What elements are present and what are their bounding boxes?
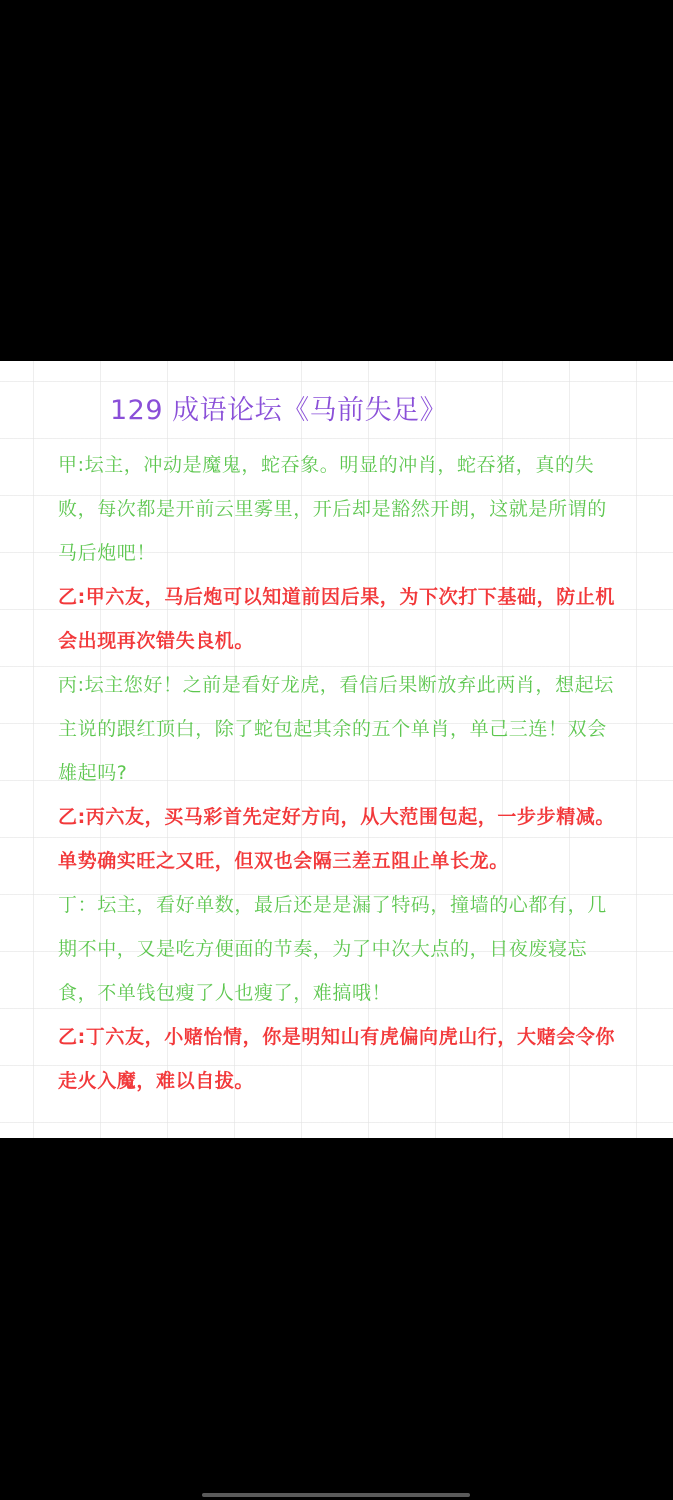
answer-paragraph-yi-1: 乙:甲六友，马后炮可以知道前因后果，为下次打下基础，防止机会出现再次错失良机。 [58, 575, 618, 663]
question-paragraph-bing: 丙:坛主您好！之前是看好龙虎，看信后果断放弃此两肖，想起坛主说的跟红顶白，除了蛇… [58, 663, 618, 795]
bottom-black-area [0, 1138, 673, 1500]
question-paragraph-ding: 丁：坛主，看好单数，最后还是是漏了特码，撞墙的心都有，几期不中，又是吃方便面的节… [58, 883, 618, 1015]
post-title: 129 成语论坛《马前失足》 [110, 393, 447, 429]
home-indicator-bar[interactable] [202, 1493, 470, 1497]
forum-post-image: 129 成语论坛《马前失足》 甲:坛主，冲动是魔鬼，蛇吞象。明显的冲肖，蛇吞猪，… [0, 361, 673, 1138]
dialogue-content: 甲:坛主，冲动是魔鬼，蛇吞象。明显的冲肖，蛇吞猪，真的失败，每次都是开前云里雾里… [58, 443, 618, 1103]
answer-paragraph-yi-2: 乙:丙六友，买马彩首先定好方向，从大范围包起，一步步精减。单势确实旺之又旺，但双… [58, 795, 618, 883]
answer-paragraph-yi-3: 乙:丁六友，小赌怡情，你是明知山有虎偏向虎山行，大赌会令你走火入魔，难以自拔。 [58, 1015, 618, 1103]
question-paragraph-jia: 甲:坛主，冲动是魔鬼，蛇吞象。明显的冲肖，蛇吞猪，真的失败，每次都是开前云里雾里… [58, 443, 618, 575]
top-black-area [0, 0, 673, 361]
